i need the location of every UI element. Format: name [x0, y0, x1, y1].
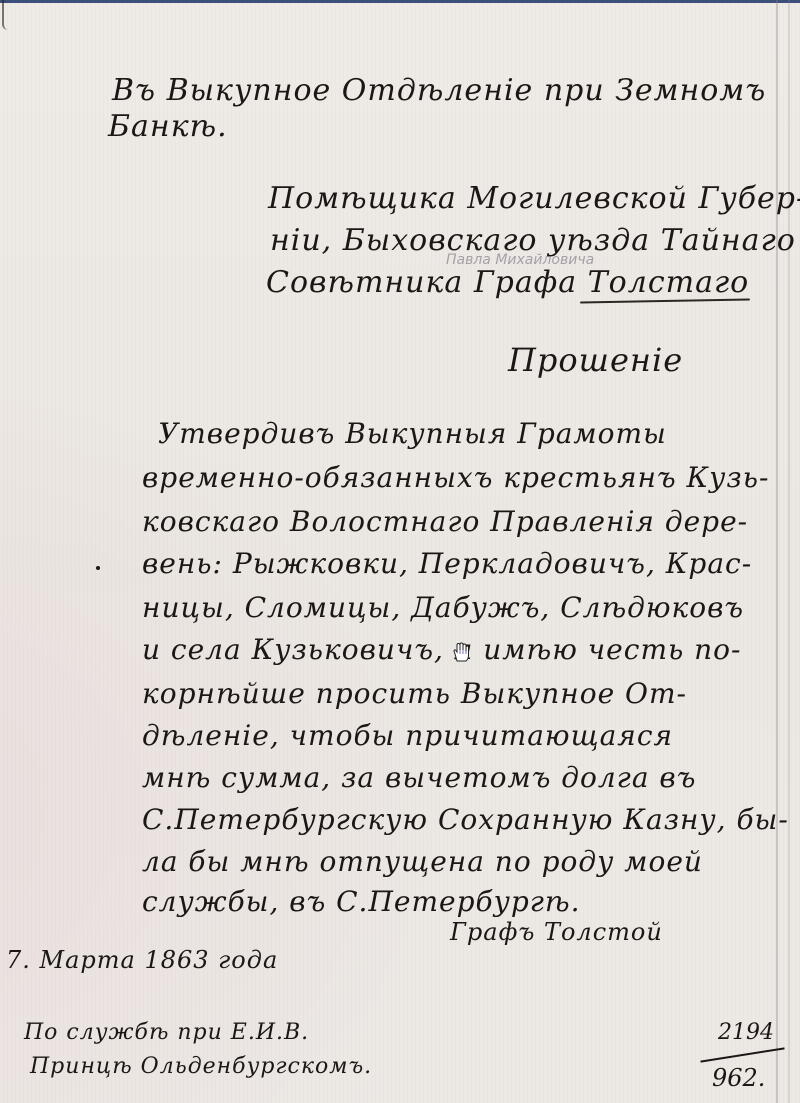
- date: 7. Марта 1863 года: [6, 948, 278, 972]
- signature: Графъ Толстой: [450, 920, 663, 944]
- right-margin-line: [776, 0, 778, 1103]
- right-margin-line-2: [788, 0, 790, 1103]
- ink-dot: [96, 566, 100, 570]
- body-line: Утвердивъ Выкупныя Грамоты: [158, 420, 667, 448]
- body-line: мнѣ сумма, за вычетомъ долга въ: [142, 764, 696, 792]
- address-line-1: Въ Выкупное Отдѣленіе при Земномъ: [112, 76, 766, 106]
- left-edge-ink-stroke: [2, 0, 10, 30]
- body-line: службы, въ С.Петербургѣ.: [142, 888, 581, 916]
- body-line: корнѣйше просить Выкупное От-: [142, 680, 687, 708]
- scan-top-edge: [0, 0, 800, 3]
- hand-cursor-icon: [452, 642, 470, 662]
- body-line: ковскаго Волостнаго Правленія дере-: [142, 508, 748, 536]
- document-title: Прошеніе: [508, 344, 683, 376]
- registry-numerator: 2194: [718, 1020, 774, 1045]
- body-line: ницы, Сломицы, Дабужъ, Слѣдюковъ: [142, 594, 744, 622]
- registry-number: 2194 962.: [690, 1020, 790, 1100]
- body-line: С.Петербургскую Сохранную Казну, бы-: [142, 806, 789, 834]
- footer-note-line-2: Принцѣ Ольденбургскомъ.: [30, 1056, 372, 1078]
- body-line: и села Кузьковичъ, я имѣю честь по-: [142, 636, 741, 664]
- body-line: ла бы мнѣ отпущена по роду моей: [142, 848, 703, 876]
- fraction-bar: [700, 1047, 784, 1062]
- sender-line-1: Помѣщика Могилевской Губер-: [268, 184, 800, 214]
- body-line: вень: Рыжковки, Перкладовичъ, Крас-: [142, 550, 752, 578]
- body-line: временно-обязанныхъ крестьянъ Кузь-: [142, 464, 769, 492]
- footer-note-line-1: По службѣ при Е.И.В.: [24, 1022, 309, 1044]
- address-line-2: Банкѣ.: [108, 112, 228, 142]
- sender-line-3: Совѣтника Графа Толстаго: [266, 268, 749, 298]
- body-line: дѣленіе, чтобы причитающаяся: [142, 722, 673, 750]
- registry-denominator: 962.: [712, 1064, 765, 1092]
